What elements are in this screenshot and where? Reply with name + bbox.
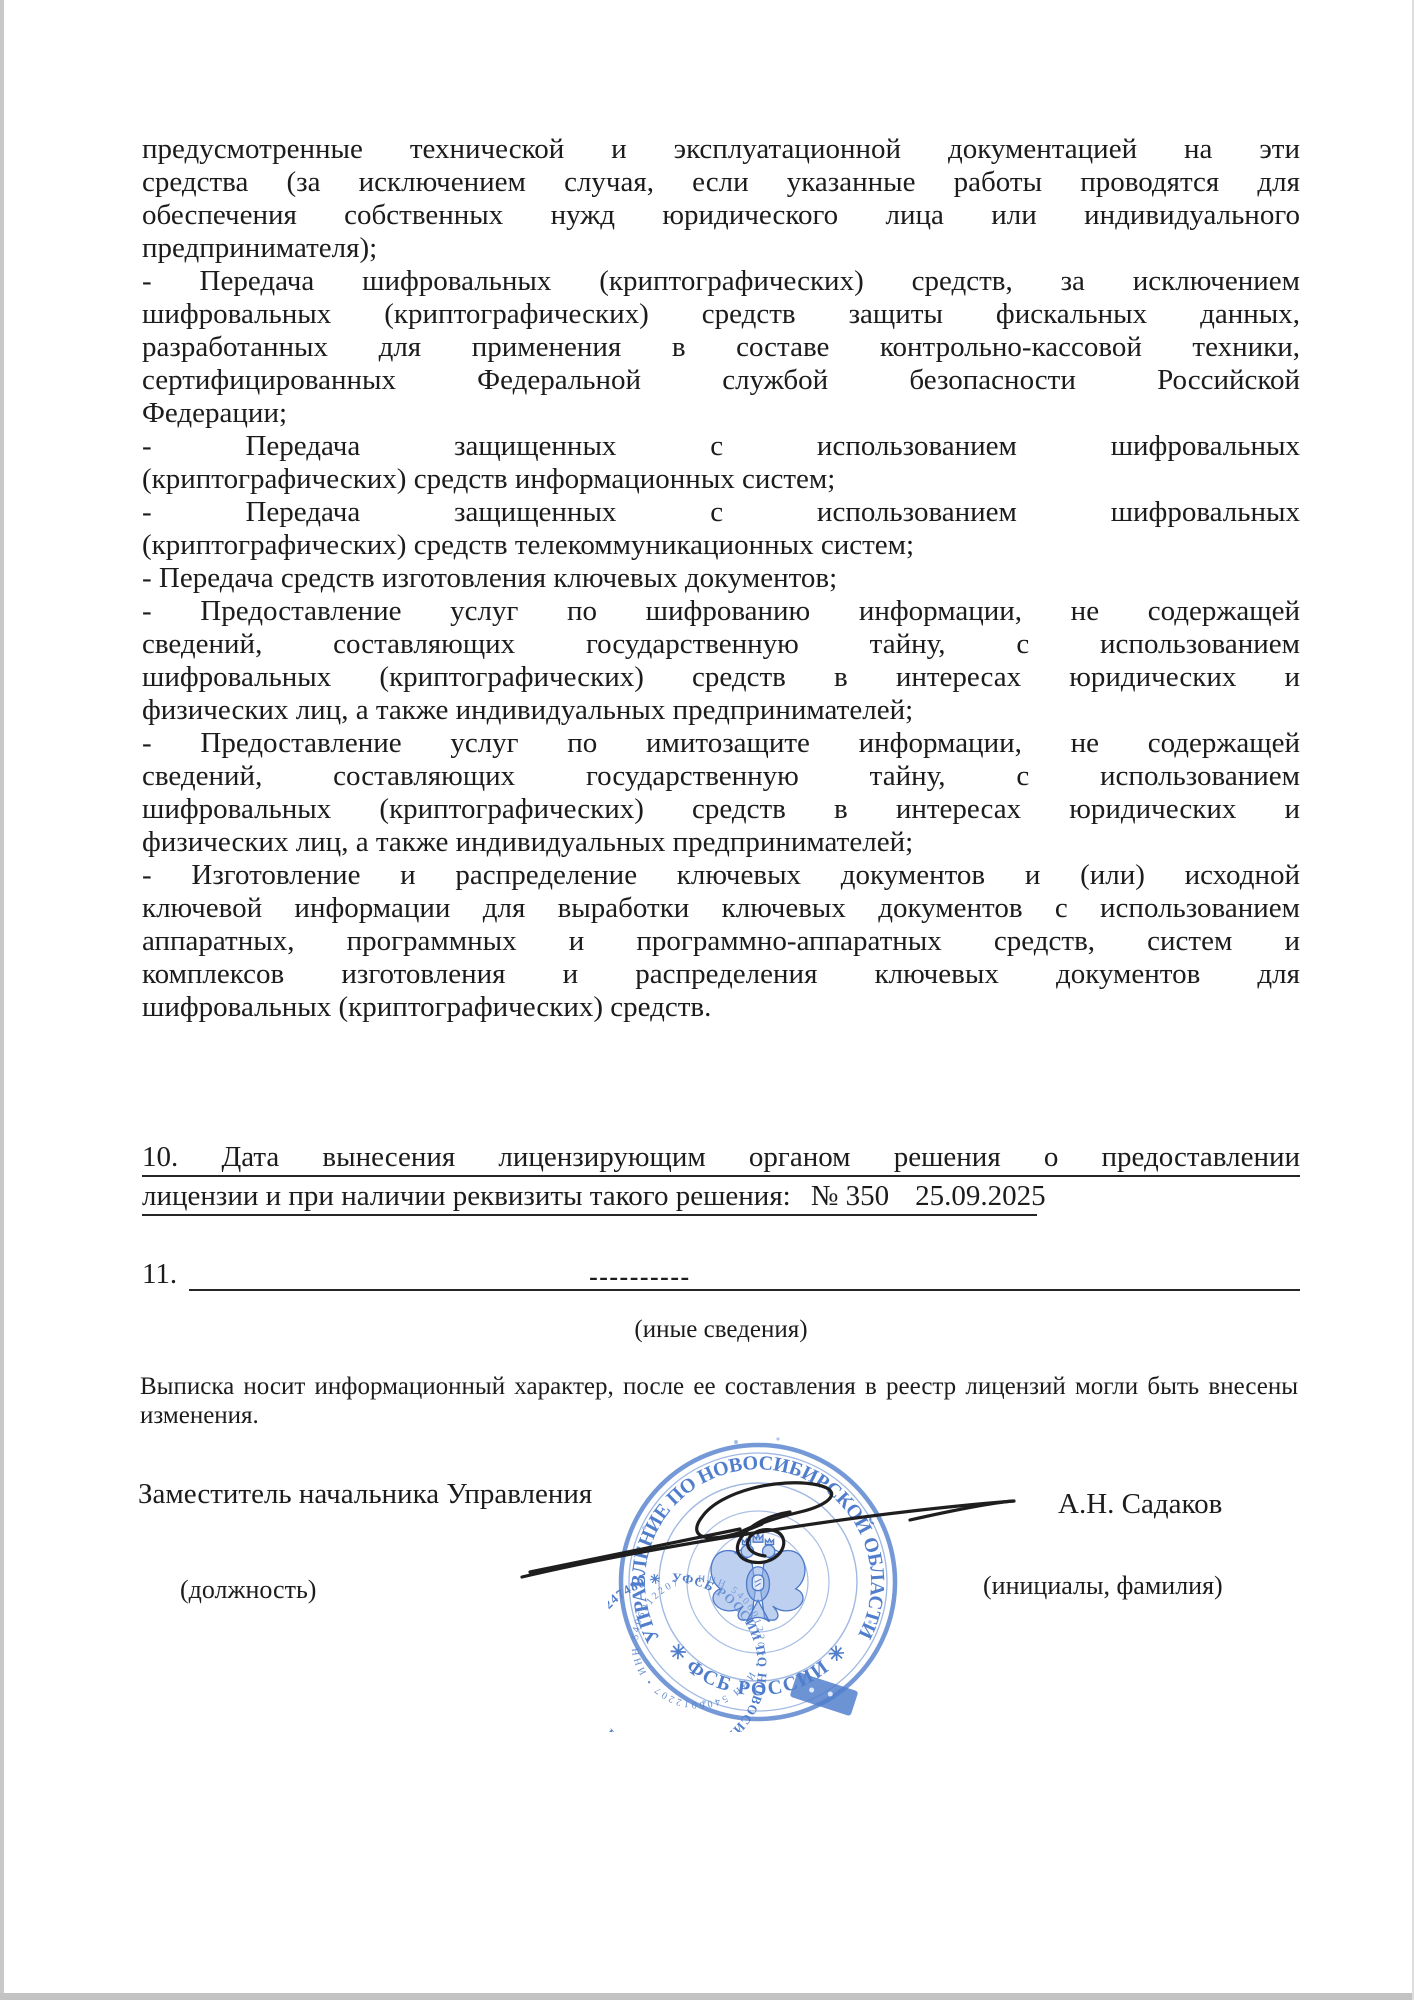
item-11-caption: (иные сведения) — [142, 1316, 1300, 1344]
text-line: - Предоставление услуг по имитозащите ин… — [142, 727, 1300, 760]
item-10-line1: 10. Дата вынесения лицензирующим органом… — [142, 1141, 1300, 1177]
text-line: (криптографических) средств информационн… — [142, 463, 1300, 496]
text-line: - Передача защищенных с использованием ш… — [142, 430, 1300, 463]
license-activities-text: предусмотренные технической и эксплуатац… — [142, 133, 1300, 1024]
text-line: средства (за исключением случая, если ук… — [142, 166, 1300, 199]
text-line: шифровальных (криптографических) средств… — [142, 298, 1300, 331]
item-10-decision: 10. Дата вынесения лицензирующим органом… — [142, 1141, 1300, 1216]
informational-note: Выписка носит информационный характер, п… — [140, 1372, 1298, 1430]
text-line: шифровальных (криптографических) средств… — [142, 661, 1300, 694]
text-line: обеспечения собственных нужд юридическог… — [142, 199, 1300, 232]
decision-date-value: 25.09.2025 — [915, 1180, 1046, 1212]
scan-edge-left — [0, 0, 4, 2000]
text-line: сертифицированных Федеральной службой бе… — [142, 364, 1300, 397]
text-line: - Передача шифровальных (криптографическ… — [142, 265, 1300, 298]
item-11-blank-line: ---------- — [189, 1258, 1300, 1291]
text-line: шифровальных (криптографических) средств… — [142, 793, 1300, 826]
item-10-line2: лицензии и при наличии реквизиты такого … — [142, 1180, 1037, 1216]
text-line: Федерации; — [142, 397, 1300, 430]
text-line: комплексов изготовления и распределения … — [142, 958, 1300, 991]
item-11-other-info: 11. ---------- — [142, 1258, 1300, 1291]
decision-number-value: № 350 — [811, 1180, 889, 1212]
text-line: предусмотренные технической и эксплуатац… — [142, 133, 1300, 166]
item-11-number: 11. — [142, 1258, 189, 1291]
text-line: физических лиц, а также индивидуальных п… — [142, 826, 1300, 859]
text-line: сведений, составляющих государственную т… — [142, 760, 1300, 793]
text-line: (криптографических) средств телекоммуник… — [142, 529, 1300, 562]
note-line1: Выписка носит информационный характер, п… — [140, 1372, 1298, 1401]
handwritten-signature — [440, 1425, 1100, 1625]
text-line: - Предоставление услуг по шифрованию инф… — [142, 595, 1300, 628]
text-line: - Передача средств изготовления ключевых… — [142, 562, 1300, 595]
text-line: аппаратных, программных и программно-апп… — [142, 925, 1300, 958]
text-line: ключевой информации для выработки ключев… — [142, 892, 1300, 925]
text-line: - Изготовление и распределение ключевых … — [142, 859, 1300, 892]
scanned-license-extract-page: { "page": { "background": "#ffffff", "te… — [0, 0, 1414, 2000]
text-line: физических лиц, а также индивидуальных п… — [142, 694, 1300, 727]
text-line: шифровальных (криптографических) средств… — [142, 991, 1300, 1024]
position-caption: (должность) — [180, 1575, 316, 1605]
scan-edge-bottom — [0, 1993, 1414, 2000]
item-11-dashes: ---------- — [589, 1260, 691, 1293]
item-10-label: лицензии и при наличии реквизиты такого … — [142, 1180, 791, 1212]
text-line: - Передача защищенных с использованием ш… — [142, 496, 1300, 529]
text-line: предпринимателя); — [142, 232, 1300, 265]
text-line: разработанных для применения в составе к… — [142, 331, 1300, 364]
text-line: сведений, составляющих государственную т… — [142, 628, 1300, 661]
